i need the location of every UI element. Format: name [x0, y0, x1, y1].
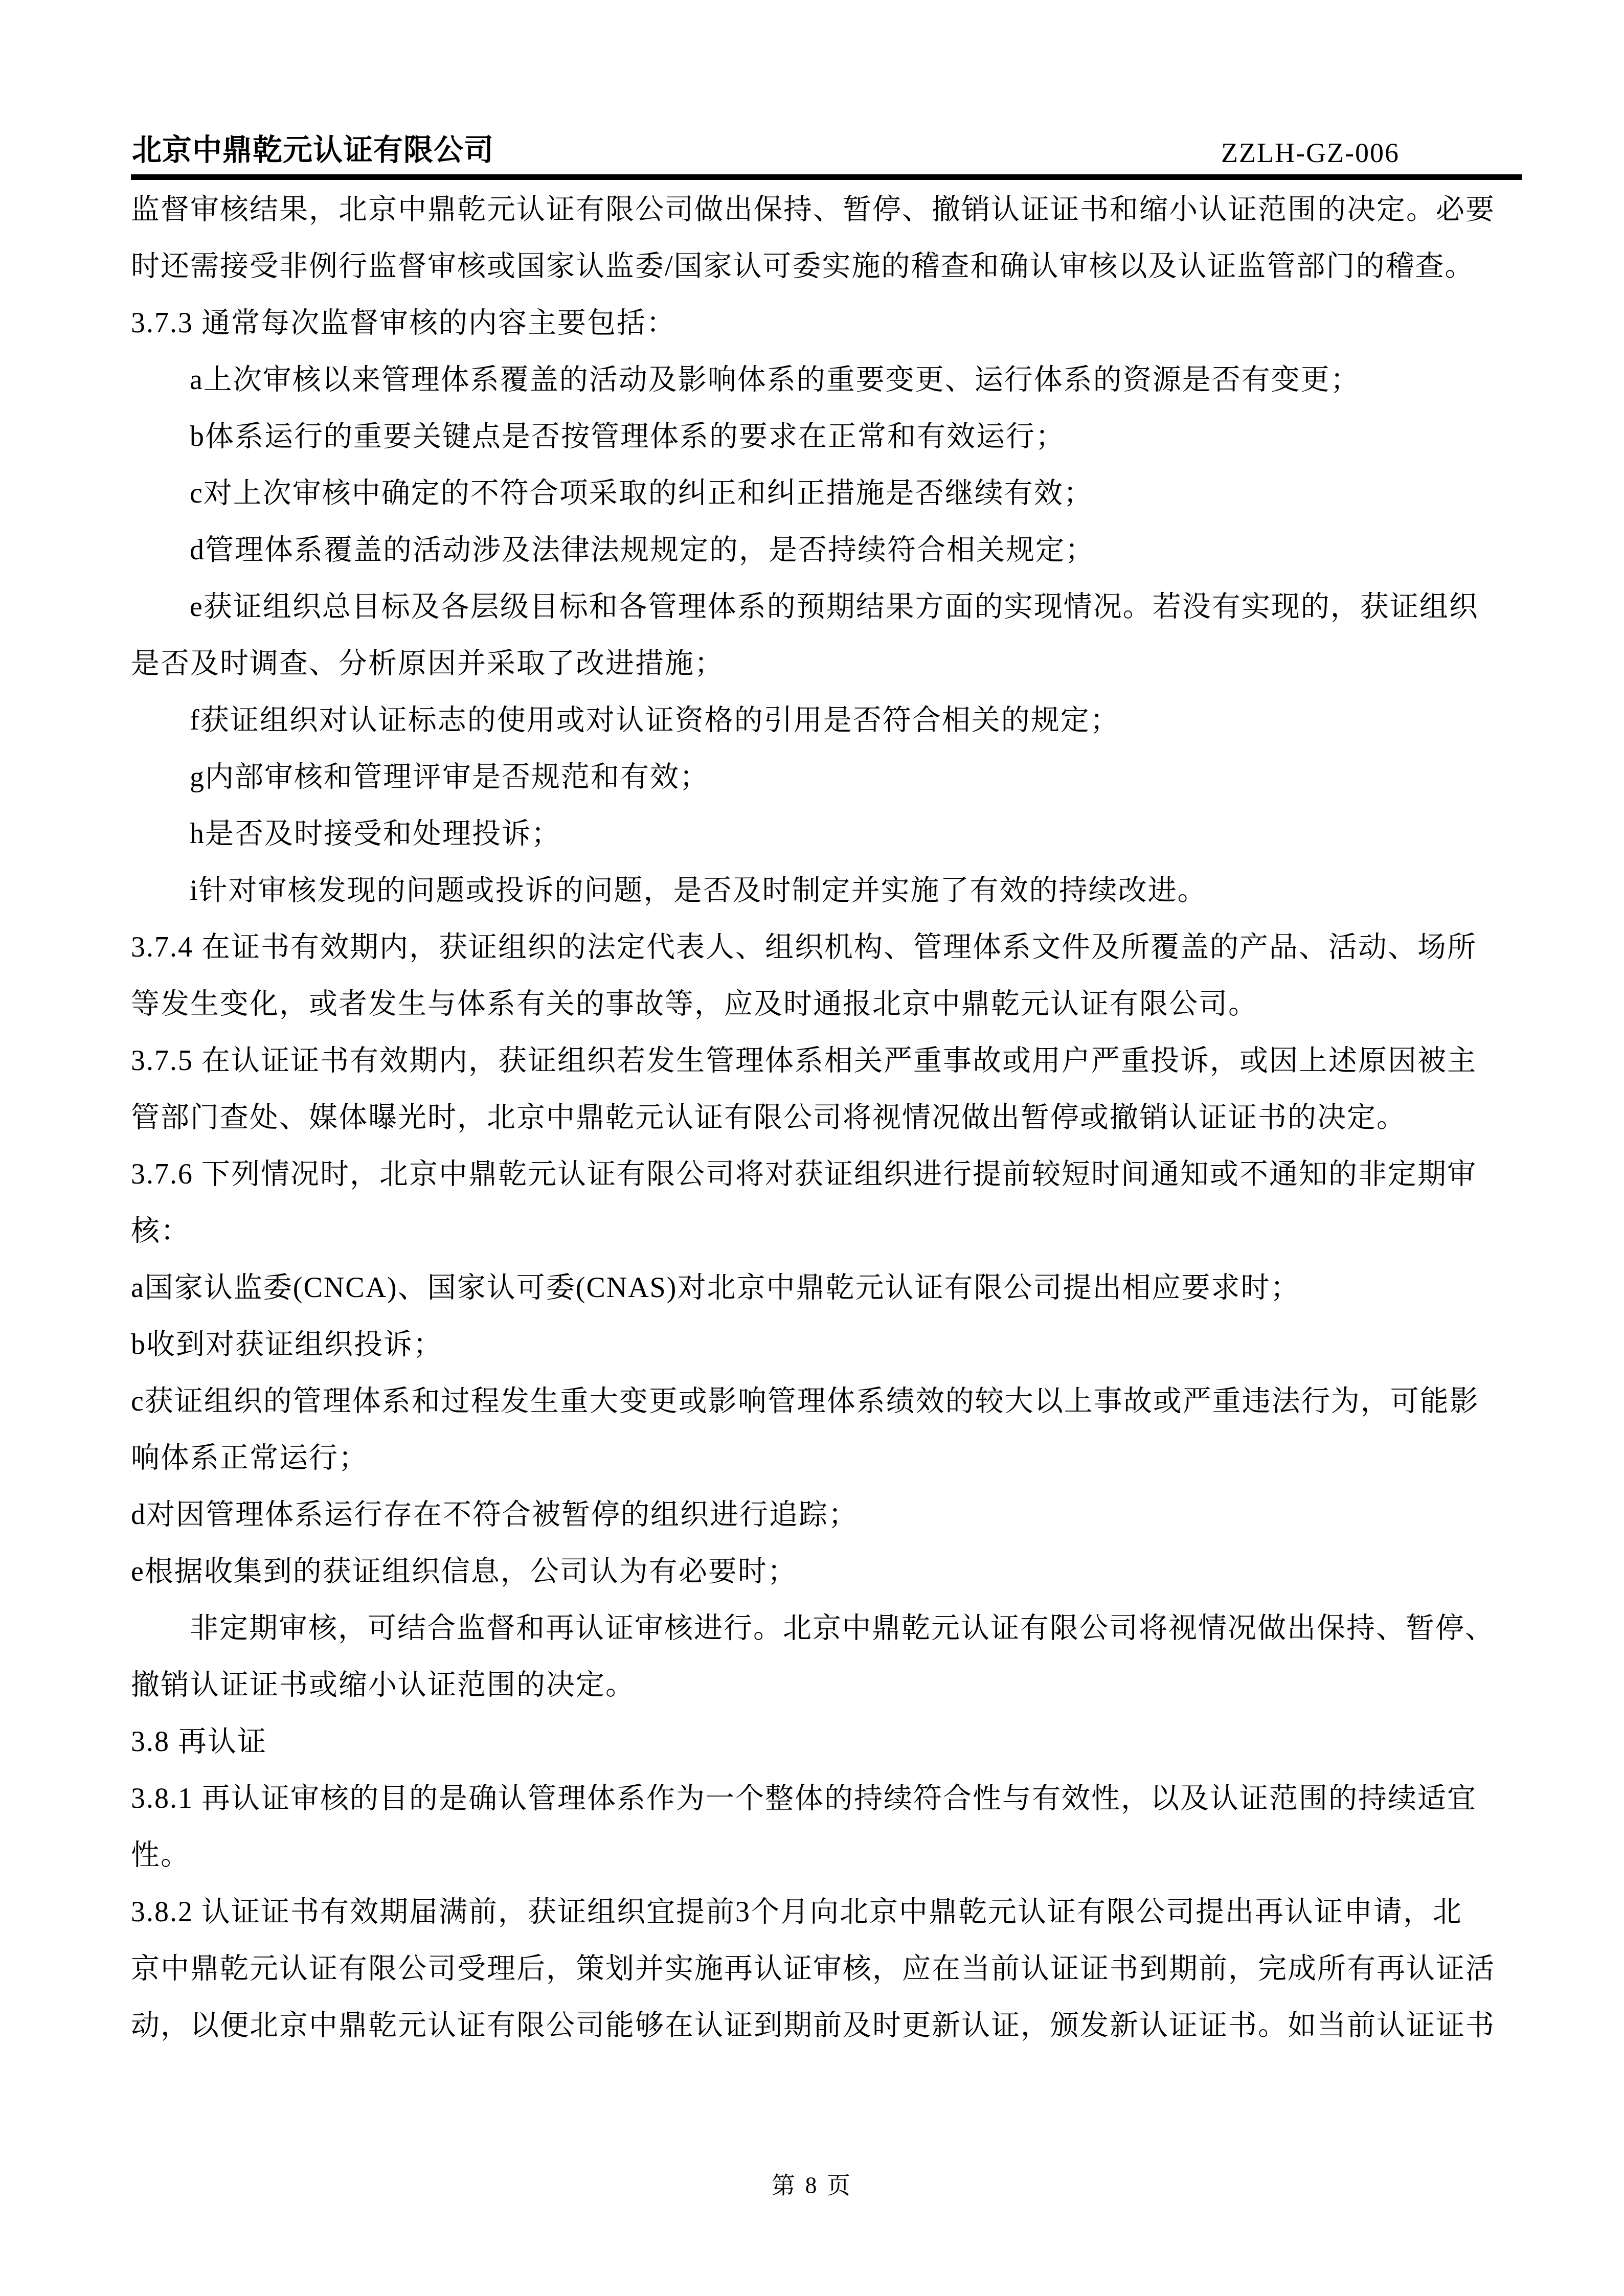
- body-line: 3.7.6 下列情况时，北京中鼎乾元认证有限公司将对获证组织进行提前较短时间通知…: [131, 1149, 1519, 1206]
- body-line: a国家认监委(CNCA)、国家认可委(CNAS)对北京中鼎乾元认证有限公司提出相…: [131, 1262, 1519, 1319]
- page-header: 北京中鼎乾元认证有限公司 ZZLH-GZ-006: [132, 126, 1521, 169]
- page-footer: 第 8 页: [0, 2167, 1624, 2200]
- body-line: 监督审核结果，北京中鼎乾元认证有限公司做出保持、暂停、撤销认证证书和缩小认证范围…: [131, 184, 1519, 241]
- body-line: c对上次审核中确定的不符合项采取的纠正和纠正措施是否继续有效；: [131, 468, 1519, 525]
- body-line: i针对审核发现的问题或投诉的问题，是否及时制定并实施了有效的持续改进。: [131, 865, 1519, 922]
- body-line: f获证组织对认证标志的使用或对认证资格的引用是否符合相关的规定；: [131, 695, 1519, 752]
- body-line: 3.7.5 在认证证书有效期内，获证组织若发生管理体系相关严重事故或用户严重投诉…: [131, 1035, 1519, 1092]
- company-name: 北京中鼎乾元认证有限公司: [132, 126, 494, 169]
- body-line: 撤销认证证书或缩小认证范围的决定。: [131, 1660, 1519, 1716]
- document-page: 北京中鼎乾元认证有限公司 ZZLH-GZ-006 监督审核结果，北京中鼎乾元认证…: [0, 0, 1624, 2296]
- body-line: c获证组织的管理体系和过程发生重大变更或影响管理体系绩效的较大以上事故或严重违法…: [131, 1376, 1519, 1433]
- body-line: 是否及时调查、分析原因并采取了改进措施；: [131, 638, 1519, 695]
- body-line: g内部审核和管理评审是否规范和有效；: [131, 752, 1519, 808]
- body-line: 3.8.1 再认证审核的目的是确认管理体系作为一个整体的持续符合性与有效性，以及…: [131, 1773, 1519, 1830]
- body-line: 3.7.4 在证书有效期内，获证组织的法定代表人、组织机构、管理体系文件及所覆盖…: [131, 922, 1519, 979]
- body-line: d管理体系覆盖的活动涉及法律法规规定的，是否持续符合相关规定；: [131, 525, 1519, 581]
- body-line: 3.8 再认证: [131, 1716, 1519, 1773]
- body-line: e根据收集到的获证组织信息，公司认为有必要时；: [131, 1546, 1519, 1603]
- header-rule-divider: [131, 174, 1522, 180]
- body-line: 管部门查处、媒体曝光时，北京中鼎乾元认证有限公司将视情况做出暂停或撤销认证证书的…: [131, 1092, 1519, 1149]
- body-line: e获证组织总目标及各层级目标和各管理体系的预期结果方面的实现情况。若没有实现的，…: [131, 581, 1519, 638]
- body-line: d对因管理体系运行存在不符合被暂停的组织进行追踪；: [131, 1489, 1519, 1546]
- body-line: 等发生变化，或者发生与体系有关的事故等，应及时通报北京中鼎乾元认证有限公司。: [131, 979, 1519, 1035]
- body-line: 3.7.3 通常每次监督审核的内容主要包括：: [131, 298, 1519, 354]
- doc-number: ZZLH-GZ-006: [1221, 137, 1400, 169]
- body-line: b收到对获证组织投诉；: [131, 1319, 1519, 1376]
- body-line: 核：: [131, 1206, 1519, 1262]
- body-line: a上次审核以来管理体系覆盖的活动及影响体系的重要变更、运行体系的资源是否有变更；: [131, 354, 1519, 411]
- body-line: 动，以便北京中鼎乾元认证有限公司能够在认证到期前及时更新认证，颁发新认证证书。如…: [131, 2000, 1519, 2057]
- body-line: h是否及时接受和处理投诉；: [131, 808, 1519, 865]
- body-line: 响体系正常运行；: [131, 1433, 1519, 1489]
- body-line: 京中鼎乾元认证有限公司受理后，策划并实施再认证审核，应在当前认证证书到期前，完成…: [131, 1943, 1519, 2000]
- body-line: 非定期审核，可结合监督和再认证审核进行。北京中鼎乾元认证有限公司将视情况做出保持…: [131, 1603, 1519, 1660]
- body-line: b体系运行的重要关键点是否按管理体系的要求在正常和有效运行；: [131, 411, 1519, 468]
- page-number-label: 第 8 页: [772, 2172, 852, 2198]
- body-line: 时还需接受非例行监督审核或国家认监委/国家认可委实施的稽查和确认审核以及认证监管…: [131, 241, 1519, 298]
- body-line: 3.8.2 认证证书有效期届满前，获证组织宜提前3个月向北京中鼎乾元认证有限公司…: [131, 1886, 1519, 1943]
- document-body: 监督审核结果，北京中鼎乾元认证有限公司做出保持、暂停、撤销认证证书和缩小认证范围…: [131, 184, 1519, 2057]
- body-line: 性。: [131, 1830, 1519, 1886]
